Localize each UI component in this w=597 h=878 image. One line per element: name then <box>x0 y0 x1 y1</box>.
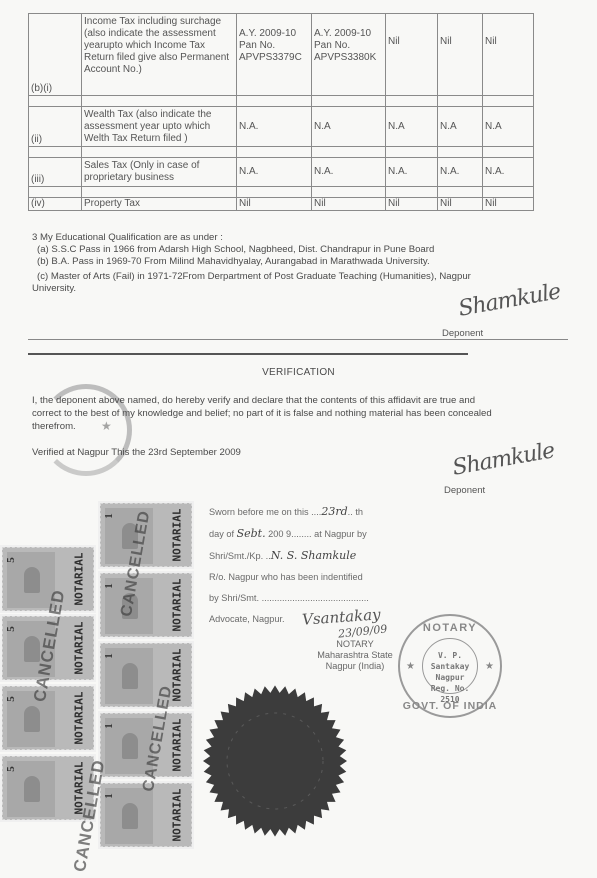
divider <box>28 353 468 355</box>
deponent-label: Deponent <box>442 328 483 339</box>
stamp-label: NOTARIAL <box>171 720 184 772</box>
stamp-value: 5 <box>5 626 17 632</box>
divider <box>28 339 568 340</box>
seal-inner: V. P. Santakay Nagpur Reg. No. 2510 <box>422 638 478 694</box>
seal-city: Nagpur <box>423 672 477 683</box>
embossed-seal-icon <box>202 681 348 839</box>
stamp-value: 1 <box>103 793 115 799</box>
education-item: (c) Master of Arts (Fail) in 1971-72From… <box>32 271 542 283</box>
seal-name: V. P. Santakay <box>423 650 477 672</box>
education-section: 3 My Educational Qualification are as un… <box>32 232 542 295</box>
cell: N.A <box>386 107 438 147</box>
row-description: Sales Tax (Only in case of proprietary b… <box>82 158 237 187</box>
stamp-value: 1 <box>103 653 115 659</box>
verification-line: correct to the best of my knowledge and … <box>32 407 547 420</box>
cell: A.Y. 2009-10 Pan No. APVPS3380K <box>312 14 386 96</box>
education-item: University. <box>32 283 542 295</box>
verification-body: I, the deponent above named, do hereby v… <box>32 394 547 433</box>
row-number: (iv) <box>29 198 82 211</box>
education-item: (a) S.S.C Pass in 1966 from Adarsh High … <box>32 244 542 256</box>
cell: Nil <box>237 198 312 211</box>
education-heading: 3 My Educational Qualification are as un… <box>32 232 542 244</box>
row-number: (b)(i) <box>29 14 82 96</box>
notarial-stamp: 1NOTARIALRUPEE ONE <box>100 643 192 707</box>
cell: Nil <box>438 198 483 211</box>
deponent-label-2: Deponent <box>444 485 485 496</box>
sworn-text: 200 9........ at Nagpur by <box>266 529 367 539</box>
row-number: (ii) <box>29 107 82 147</box>
affidavit-page: (b)(i) Income Tax including surchage (al… <box>0 0 597 878</box>
star-icon: ★ <box>406 661 415 672</box>
cell: N.A <box>312 107 386 147</box>
stamp-label: NOTARIAL <box>171 790 184 842</box>
notarial-stamp: 1NOTARIALRUPEE ONE <box>100 573 192 637</box>
notary-title: NOTARY <box>295 639 415 650</box>
stamp-label: NOTARIAL <box>171 510 184 562</box>
notary-seal: NOTARY ★ ★ V. P. Santakay Nagpur Reg. No… <box>398 614 502 718</box>
row-description: Income Tax including surchage (also indi… <box>82 14 237 96</box>
table-row: (b)(i) Income Tax including surchage (al… <box>29 14 534 96</box>
cell: N.A. <box>312 158 386 187</box>
cell: N.A. <box>483 158 534 187</box>
row-number: (iii) <box>29 158 82 187</box>
deponent-signature-2: Shamkule <box>451 438 557 480</box>
cell: Nil <box>386 14 438 96</box>
notary-block: NOTARY Maharashtra State Nagpur (India) <box>295 639 415 672</box>
cell: N.A. <box>237 158 312 187</box>
verification-line: therefrom. <box>32 420 547 433</box>
verified-at: Verified at Nagpur This the 23rd Septemb… <box>32 447 241 458</box>
cell: Nil <box>483 198 534 211</box>
handwritten-name: N. S. Shamkule <box>271 549 356 562</box>
row-description: Property Tax <box>82 198 237 211</box>
table-row: (iv) Property Tax Nil Nil Nil Nil Nil <box>29 198 534 211</box>
handwritten-month: Sebt. <box>237 527 266 540</box>
verification-line: I, the deponent above named, do hereby v… <box>32 394 547 407</box>
notary-state: Maharashtra State <box>295 650 415 661</box>
cell: Nil <box>483 14 534 96</box>
education-item: (b) B.A. Pass in 1969-70 From Milind Mah… <box>32 256 542 268</box>
verification-title: VERIFICATION <box>0 367 597 378</box>
handwritten-date: 23rd <box>321 505 347 518</box>
stamp-label: NOTARIAL <box>73 623 86 675</box>
stamp-label: NOTARIAL <box>73 554 86 606</box>
stamp-value: 5 <box>5 696 17 702</box>
star-icon: ★ <box>485 661 494 672</box>
table-row: (ii) Wealth Tax (also indicate the asses… <box>29 107 534 147</box>
cell: Nil <box>438 14 483 96</box>
notarial-stamp: 1NOTARIALRUPEE ONE <box>100 783 192 847</box>
cell: N.A <box>438 107 483 147</box>
cell: N.A. <box>438 158 483 187</box>
notary-city: Nagpur (India) <box>295 661 415 672</box>
seal-top-text: NOTARY <box>400 622 500 634</box>
stamp-value: 5 <box>5 766 17 772</box>
stamp-value: 5 <box>5 557 17 563</box>
stamp-label: NOTARIAL <box>171 580 184 632</box>
cell: Nil <box>386 198 438 211</box>
sworn-text: day of <box>209 529 237 539</box>
sworn-text: .. th <box>348 507 363 517</box>
stamp-label: NOTARIAL <box>73 693 86 745</box>
sworn-text: Shri/Smt./Kp. .. <box>209 551 271 561</box>
cell: N.A. <box>386 158 438 187</box>
cell: Nil <box>312 198 386 211</box>
seal-bottom-text: GOVT. OF INDIA <box>400 700 500 712</box>
cell: N.A. <box>237 107 312 147</box>
table-row: (iii) Sales Tax (Only in case of proprie… <box>29 158 534 187</box>
stamp-value: 1 <box>103 513 115 519</box>
tax-table: (b)(i) Income Tax including surchage (al… <box>28 13 534 211</box>
cell: N.A <box>483 107 534 147</box>
stamp-value: 1 <box>103 583 115 589</box>
sworn-text: R/o. Nagpur who has been indentified <box>209 567 409 588</box>
row-description: Wealth Tax (also indicate the assessment… <box>82 107 237 147</box>
cell: A.Y. 2009-10 Pan No. APVPS3379C <box>237 14 312 96</box>
sworn-text: Sworn before me on this .... <box>209 507 321 517</box>
stamp-value: 1 <box>103 723 115 729</box>
